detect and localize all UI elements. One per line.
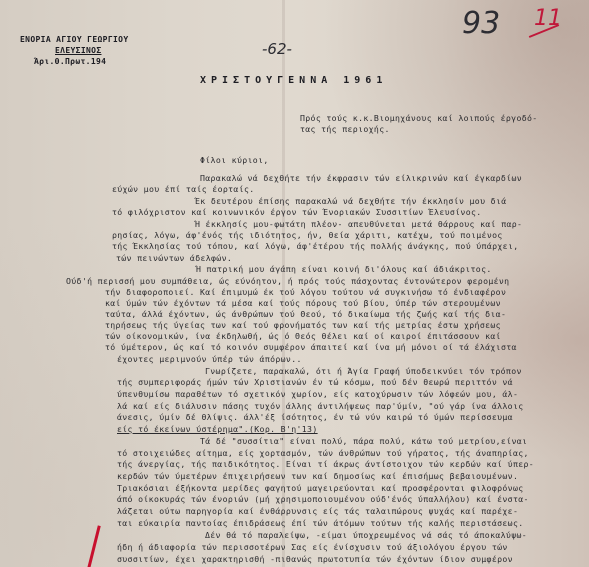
body-line: καί ύμών τών έχόντων τά μέσα καί τούς πό… [105, 298, 501, 308]
body-line: ύπενθυμίσω παραθέτων τό σχετικόν χωρίον,… [117, 389, 518, 399]
red-margin-stroke [86, 525, 100, 567]
body-line: ρησίας, λόγω, άφ'ένός τής ιδιότητος, ήν,… [112, 230, 503, 240]
body-line: τό φιλόχριστον καί κοινωνικόν έργον τών … [112, 207, 482, 217]
body-line: κερδών τών ύμετέρων έπιχειρήσεων των καί… [117, 471, 518, 481]
body-line: Ή έκκλησίς μου-φωτάτη πλέον- απευθύνεται… [195, 219, 522, 229]
body-line: τών πεινώντων άδελφών. [116, 253, 232, 263]
body-line: τών οίκονομικών, ίνα έκδηλωθή, ώς ό Θεός… [105, 331, 501, 341]
body-line: τής συμπεριφοράς ήμών τών Χριστιανών έν … [117, 377, 513, 387]
body-line: συσσιτίων, έχει χαρακτηρισθή -πιθανώς πρ… [117, 554, 513, 564]
body-line: Τριακόσιαι έξήκοντα μερίδες φαγητού μαγε… [117, 483, 524, 493]
body-line-quote: είς τό έκείνων ύστέρημα".(Κορ. Β'η'13) [117, 424, 318, 434]
body-line: τό ύμέτερον, ώς καί τό κοινόν συμφέρον ά… [105, 342, 517, 352]
body-line: Γνωρίζετε, παρακαλώ, ότι ή Άγία Γραφή ύπ… [205, 366, 522, 376]
body-line: Τά δέ "συσσίτια" είναι πολύ, πάρα πολύ, … [200, 436, 527, 446]
body-line: τό στοιχειώδες αίτημα, είς χορτασμόν, τώ… [117, 448, 529, 458]
body-line: τής Έκκλησίας τού τόπου, καί λόγω, άφ'έτ… [112, 241, 519, 251]
body-line: λά καί είς διάλυσιν πάσης τυχόν άλλης άν… [117, 401, 524, 411]
body-line: Δέν θά τό παραλείψω, -είμαι ύποχρεωμένος… [205, 530, 527, 540]
recipient-line-2: τας τής περιοχής. [300, 124, 390, 134]
body-line: τηρήσεως τής ύγείας των καί τού φρονήματ… [105, 320, 501, 330]
body-line: τής άνεργίας, τής παιδικότητος. Είναι τί… [117, 459, 534, 469]
body-line: άπό οίκοκυράς τών ένοριών (μή χρησιμοποι… [117, 494, 529, 504]
folio-number: 93 [462, 6, 500, 41]
protocol-number: Άρι.Θ.Πρωτ.194 [34, 57, 106, 67]
body-line: έχοντες μεριμνούν ύπέρ τών άπόρων.. [117, 354, 302, 364]
letter-title: ΧΡΙΣΤΟΥΓΕΝΝΑ 1961 [200, 75, 387, 86]
body-line: ήδη ή άδιαφορία τών περισσοτέρων Σας είς… [117, 542, 508, 552]
body-line: τήν διαφοροποιεί. Καί έπιμυμώ έκ τού λόγ… [105, 287, 506, 297]
recipient-line-1: Πρός τούς κ.κ.Βιομηχάνους καί λοιπούς έρ… [300, 113, 538, 123]
body-line: Ή πατρική μου άγάπη είναι κοινή δι'όλους… [196, 264, 492, 274]
body-line: Ούδ'ή περισσή μου συμπάθεια, ώς εύνόητον… [66, 276, 509, 286]
body-line: Έκ δευτέρου έπίσης παρακαλώ νά δεχθήτε τ… [195, 196, 506, 206]
body-line: ταύτα, άλλά έχόντων, ώς άνθρώπων τού Θεο… [105, 309, 506, 319]
org-location: ΕΛΕΥΣΙΝΟΣ [55, 46, 102, 56]
body-line: άνεσις, ύμίν δέ θλίψις. άλλ'έξ ίσότητος,… [117, 412, 513, 422]
body-line: ται εύκαιρία παντοίας έπιδράσεως έπί τών… [117, 518, 524, 528]
org-name: ΕΝΟΡΙΑ ΑΓΙΟΥ ΓΕΩΡΓΙΟΥ [20, 35, 129, 45]
body-line: εύχών μου έπί ταίς έορταίς. [112, 184, 255, 194]
body-line: Παρακαλώ νά δεχθήτε τήν έκφρασιν τών είλ… [200, 173, 522, 183]
document-page: ΕΝΟΡΙΑ ΑΓΙΟΥ ΓΕΩΡΓΙΟΥ ΕΛΕΥΣΙΝΟΣ Άρι.Θ.Πρ… [0, 0, 589, 567]
body-line: λάζεται ούτω παρηγορία καί ένθάρρυνσις ε… [117, 506, 518, 516]
salutation: Φίλοι κύριοι, [200, 155, 269, 165]
page-number: -62- [262, 40, 292, 58]
